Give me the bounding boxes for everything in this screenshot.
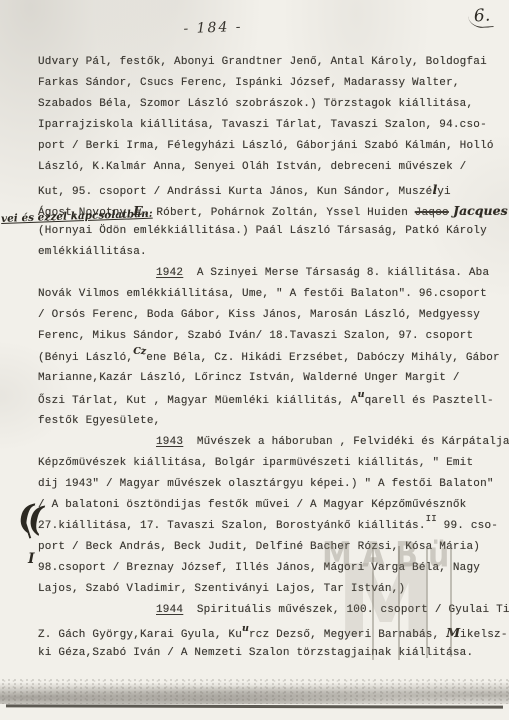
typed-text: / A balatoni ösztöndijas festők művei / … xyxy=(38,499,466,511)
typescript-line: László, K.Kalmár Anna, Senyei Oláh Istvá… xyxy=(38,157,494,178)
typescript-line: emlékkiállitása. xyxy=(38,242,494,263)
typed-text: qarell és Pasztell- xyxy=(365,395,494,407)
typed-text: Novák Vilmos emlékkiállitása, Ume, " A f… xyxy=(38,288,487,300)
typed-text: Szabados Béla, Szomor László szobrászok.… xyxy=(38,98,473,110)
bracket-numeral: I xyxy=(28,551,35,567)
typed-text: (Hornyai Ödön emlékkiállitása.) Paál Lás… xyxy=(38,225,487,237)
typed-text: 99. cso- xyxy=(437,520,498,532)
typed-text: Őszi Tárlat, Kut , Magyar Müemléki kiáll… xyxy=(38,395,358,407)
typescript-line: Marianne,Kazár László, Lőrincz István, W… xyxy=(38,368,494,389)
year-heading: 1942 xyxy=(156,267,183,279)
year-heading: 1943 xyxy=(156,436,183,448)
typed-text: yi xyxy=(437,186,451,198)
typescript-line: Novák Vilmos emlékkiállitása, Ume, " A f… xyxy=(38,284,494,305)
typed-text: Kut, 95. csoport / Andrássi Kurta János,… xyxy=(38,186,432,198)
scan-noise-band xyxy=(0,678,509,704)
typed-text: Képzőmüvészek kiállitása, Bolgár iparmüv… xyxy=(38,457,473,469)
typescript-line: Udvary Pál, festők, Abonyi Grandtner Jen… xyxy=(38,52,494,73)
typescript-line: 1942 A Szinyei Merse Társaság 8. kiállit… xyxy=(38,263,494,284)
typed-text: 27.kiállitása, 17. Tavaszi Szalon, Boros… xyxy=(38,520,426,532)
typescript-line: 1943 Művészek a háboruban , Felvidéki és… xyxy=(38,432,494,453)
typescript-line: festők Egyesülete, xyxy=(38,411,494,432)
typed-text: Z. Gách György,Karai Gyula, Ku xyxy=(38,629,242,641)
typescript-line: Kut, 95. csoport / Andrássi Kurta János,… xyxy=(38,179,494,200)
handwritten-insert: Jacques mü xyxy=(449,203,509,218)
year-heading: 1944 xyxy=(156,604,183,616)
typescript-line: Őszi Tárlat, Kut , Magyar Müemléki kiáll… xyxy=(38,390,494,411)
typed-text: Farkas Sándor, Csucs Ferenc, Ispánki Józ… xyxy=(38,77,460,89)
typescript-line: / Orsós Ferenc, Boda Gábor, Kiss János, … xyxy=(38,305,494,326)
typescript-line: (Bényi László,Czene Béla, Cz. Hikádi Erz… xyxy=(38,347,494,368)
typed-text: ene Béla, Cz. Hikádi Erzsébet, Dabóczy M… xyxy=(146,352,500,364)
watermark-stroke xyxy=(426,548,428,658)
typed-text: dij 1943" / Magyar művészek olasztárgyu … xyxy=(38,478,494,490)
scanned-page: 6. - 184 - vei és ezzel kapcsolatban: ((… xyxy=(0,0,509,720)
typescript-line: / A balatoni ösztöndijas festők művei / … xyxy=(38,495,494,516)
typescript-line: port / Berki Irma, Félegyházi László, Gá… xyxy=(38,136,494,157)
typed-text: László, K.Kalmár Anna, Senyei Oláh Istvá… xyxy=(38,161,466,173)
typed-text: . Róbert, Pohárnok Zoltán, Yssel Huiden xyxy=(143,207,415,219)
typed-text: port / Berki Irma, Félegyházi László, Gá… xyxy=(38,140,494,152)
typed-text: (Bényi László, xyxy=(38,352,133,364)
typed-text: Ferenc, Mikus Sándor, Szabó Iván/ 18.Tav… xyxy=(38,330,473,342)
typed-text: festők Egyesülete, xyxy=(38,415,160,427)
typed-text: A Szinyei Merse Társaság 8. kiállitása. … xyxy=(183,267,489,279)
handwritten-insert: u xyxy=(242,623,249,634)
typescript-line: Farkas Sándor, Csucs Ferenc, Ispánki Józ… xyxy=(38,73,494,94)
typed-text: emlékkiállitása. xyxy=(38,246,147,258)
typescript-line: (Hornyai Ödön emlékkiállitása.) Paál Lás… xyxy=(38,221,494,242)
strikethrough-text: Jaqco xyxy=(415,207,449,219)
typed-text: Udvary Pál, festők, Abonyi Grandtner Jen… xyxy=(38,56,487,68)
typed-text: Művészek a háboruban , Felvidéki és Kárp… xyxy=(183,436,509,448)
typescript-line: Iparrajziskola kiállitása, Tavaszi Tárla… xyxy=(38,115,494,136)
corner-page-mark: 6. xyxy=(467,5,494,29)
typescript-line: Szabados Béla, Szomor László szobrászok.… xyxy=(38,94,494,115)
scan-edge-line xyxy=(6,704,503,708)
typescript-line: dij 1943" / Magyar művészek olasztárgyu … xyxy=(38,474,494,495)
handwritten-insert: u xyxy=(358,389,365,400)
page-number: - 184 - xyxy=(168,18,259,37)
handwritten-insert: Cz xyxy=(133,346,146,357)
typed-text: ikelsz- xyxy=(460,629,508,641)
typed-text: Iparrajziskola kiállitása, Tavaszi Tárla… xyxy=(38,119,487,131)
typescript-line: Ferenc, Mikus Sándor, Szabó Iván/ 18.Tav… xyxy=(38,326,494,347)
typed-text: Marianne,Kazár László, Lőrincz István, W… xyxy=(38,372,460,384)
typed-text: II xyxy=(426,514,437,524)
typescript-line: 27.kiállitása, 17. Tavaszi Szalon, Boros… xyxy=(38,516,494,537)
watermark-stroke xyxy=(398,546,400,660)
handwritten-insert: M xyxy=(446,625,460,640)
watermark-stroke xyxy=(450,549,452,657)
typescript-line: Képzőmüvészek kiállitása, Bolgár iparmüv… xyxy=(38,453,494,474)
typed-text: / Orsós Ferenc, Boda Gábor, Kiss János, … xyxy=(38,309,480,321)
watermark-stroke xyxy=(372,548,374,660)
margin-bracket-mark: (( I xyxy=(16,499,50,579)
watermark-stamp-big-letter: M xyxy=(336,552,436,652)
